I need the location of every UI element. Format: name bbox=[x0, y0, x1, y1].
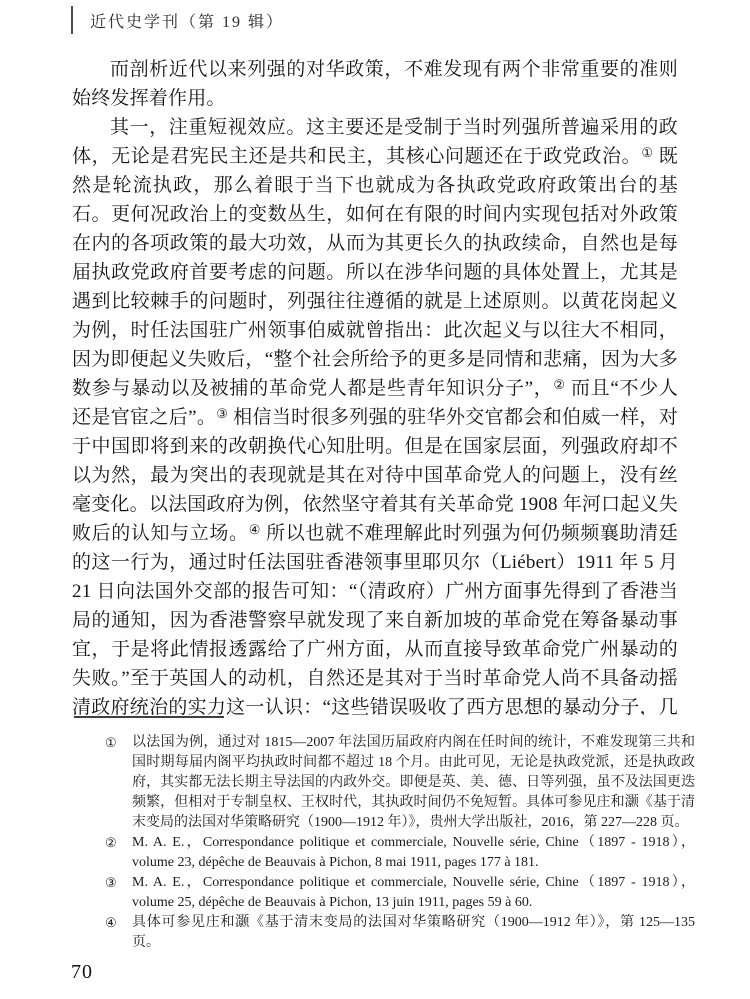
footnotes: ①以法国为例，通过对 1815—2007 年法国历届政府内阁在任时间的统计，不难… bbox=[105, 733, 695, 953]
running-head: 近代史学刊（第 19 辑） bbox=[71, 5, 284, 35]
journal-title: 近代史学刊（第 19 辑） bbox=[90, 9, 284, 32]
body-paragraph: 而剖析近代以来列强的对华政策，不难发现有两个非常重要的准则始终发挥着作用。 bbox=[72, 55, 678, 113]
footnote-ref: ④ bbox=[249, 522, 261, 537]
footnote-ref: ③ bbox=[216, 406, 228, 421]
footnote-marker: ① bbox=[105, 733, 132, 833]
body-text: 而剖析近代以来列强的对华政策，不难发现有两个非常重要的准则始终发挥着作用。其一，… bbox=[72, 55, 678, 715]
header-rule bbox=[71, 6, 73, 34]
footnote-text: 以法国为例，通过对 1815—2007 年法国历届政府内阁在任时间的统计，不难发… bbox=[132, 733, 695, 833]
footnote-ref: ① bbox=[641, 145, 653, 160]
footnote-text: M. A. E.，Correspondance politique et com… bbox=[132, 873, 695, 913]
book-page: 近代史学刊（第 19 辑） 而剖析近代以来列强的对华政策，不难发现有两个非常重要… bbox=[0, 0, 750, 999]
footnotes-separator bbox=[74, 716, 224, 718]
footnote-item: ④具体可参见庄和灏《基于清末变局的法国对华策略研究（1900—1912 年）》，… bbox=[105, 913, 695, 953]
footnote-marker: ② bbox=[105, 833, 132, 873]
page-number: 70 bbox=[71, 961, 93, 984]
footnote-item: ①以法国为例，通过对 1815—2007 年法国历届政府内阁在任时间的统计，不难… bbox=[105, 733, 695, 833]
footnote-item: ②M. A. E.，Correspondance politique et co… bbox=[105, 833, 695, 873]
body-paragraph: 其一，注重短视效应。这主要还是受制于当时列强所普遍采用的政体，无论是君宪民主还是… bbox=[72, 113, 678, 715]
footnote-text: 具体可参见庄和灏《基于清末变局的法国对华策略研究（1900—1912 年）》，第… bbox=[132, 913, 695, 953]
footnote-marker: ③ bbox=[105, 873, 132, 913]
footnote-text: M. A. E.，Correspondance politique et com… bbox=[132, 833, 695, 873]
footnote-ref: ② bbox=[553, 377, 565, 392]
footnote-item: ③M. A. E.，Correspondance politique et co… bbox=[105, 873, 695, 913]
footnote-marker: ④ bbox=[105, 913, 132, 953]
